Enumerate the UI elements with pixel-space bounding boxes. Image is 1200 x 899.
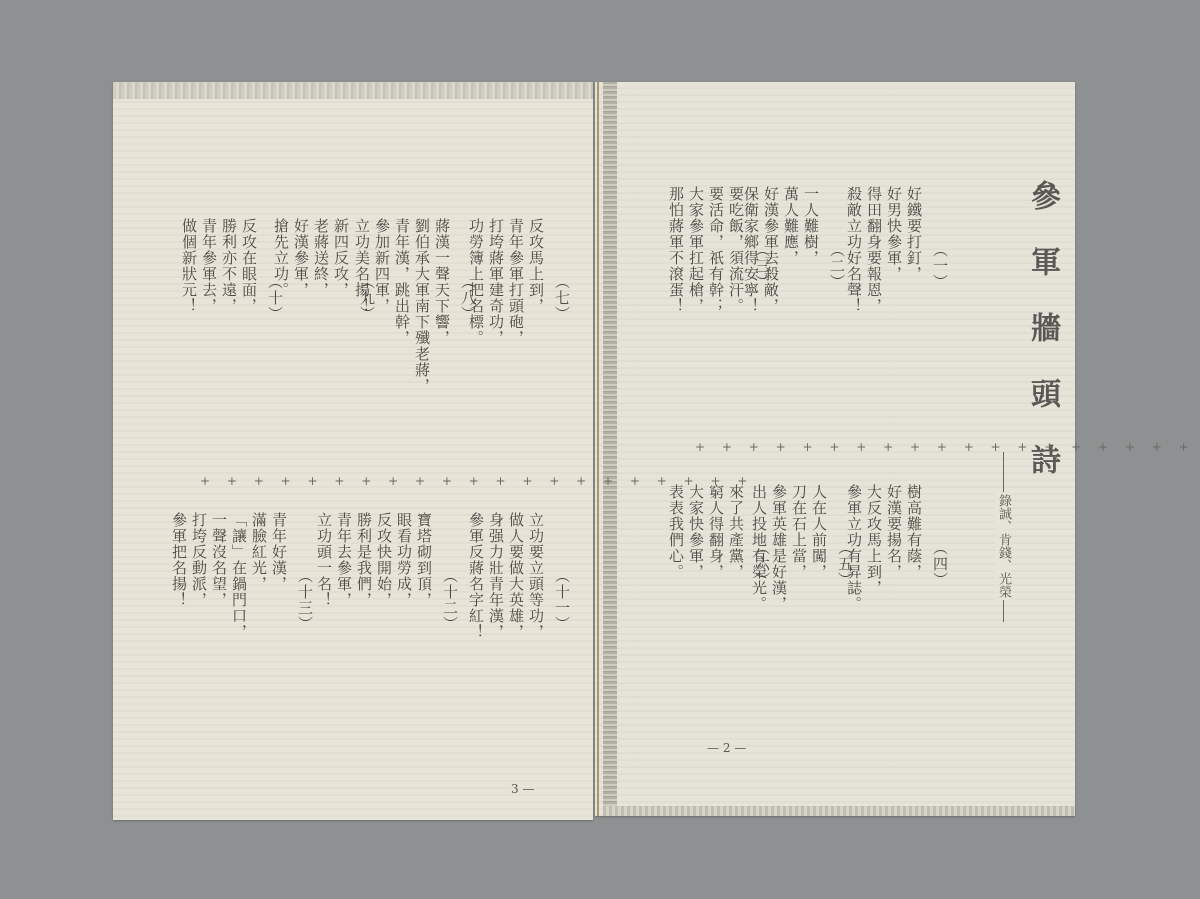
poem-title: 參軍牆頭詩	[1020, 180, 1064, 510]
verse-line: 刀在石上當，	[789, 484, 809, 612]
verse-line: 人在人前闖，	[809, 484, 829, 612]
verse-line: 眼看功勞成，	[394, 512, 414, 632]
verse-number: （八）	[458, 274, 478, 394]
verse-line: 好漢要揚名，	[884, 484, 904, 612]
verse-line: 參軍把名揚！	[169, 512, 189, 640]
verse-1: （一） 好鐵要打釘， 好男快參軍， 得田翻身要報恩， 殺敵立功好名聲！	[844, 186, 950, 314]
left-page	[113, 82, 593, 820]
verse-line: 參軍反蔣名字紅！	[466, 512, 486, 640]
page-number-2: — 2 —	[707, 741, 746, 755]
verse-line: 身强力壯青年漢，	[486, 512, 506, 640]
verse-9: （九） 新四反攻， 老蔣送終， 好漢參軍， 搶先立功。	[271, 218, 377, 322]
verse-line: 萬人難應，	[781, 186, 801, 314]
verse-line: 青年參軍去，	[199, 218, 219, 322]
verse-number: （一）	[930, 242, 950, 314]
verse-line: 新四反攻，	[331, 218, 351, 322]
verse-number: （七）	[552, 274, 572, 346]
verse-7: （七） 反攻馬上到， 青年參軍打頭砲， 打垮蔣軍建奇功， 功勞簿上把名標。	[466, 218, 572, 346]
verse-line: 要活命，祇有幹；	[706, 186, 726, 314]
verse-line: 來了共產黨，	[726, 484, 746, 588]
verse-line: 一人難樹，	[801, 186, 821, 314]
byline: 錄誠、肯錢、光榮	[990, 452, 1020, 622]
verse-number: （十一）	[552, 568, 572, 640]
verse-line: 好漢參軍，	[291, 218, 311, 322]
verse-number: （十三）	[295, 568, 315, 640]
verse-number: （三）	[752, 242, 772, 314]
verse-10: （十） 反攻在眼面， 勝利亦不遠， 青年參軍去， 做個新狀元！	[179, 218, 285, 322]
verse-line: 做人要做大英雄，	[506, 512, 526, 640]
verse-number: （九）	[357, 274, 377, 322]
verse-4: （四） 樹高難有蔭， 好漢要揚名， 大反攻馬上到， 參軍立功有昇誌。	[844, 484, 950, 612]
verse-12: （十二） 寶塔砌到頂， 眼看功勞成， 反攻快開始， 勝利是我們， 青年去參軍， …	[314, 512, 460, 632]
verse-number: （十）	[265, 274, 285, 322]
verse-line: 老蔣送終，	[311, 218, 331, 322]
verse-line: 勝利亦不遠，	[219, 218, 239, 322]
verse-line: 好男快參軍，	[884, 186, 904, 314]
gutter-line	[597, 82, 599, 816]
verse-number: （十二）	[440, 568, 460, 632]
verse-line: 青年好漢，	[269, 512, 289, 640]
verse-line: 要吃飯，須流汗。	[726, 186, 746, 314]
verse-line: 青年去參軍，	[334, 512, 354, 632]
verse-line: 大家快參軍，	[686, 484, 706, 588]
page-number-3: 3 —	[511, 782, 534, 796]
byline-text: 錄誠、肯錢、光榮	[995, 492, 1011, 600]
verse-line: 好鐵要打釘，	[904, 186, 924, 314]
verse-line: 蔣漢一聲天下響，	[432, 218, 452, 394]
verse-line: 那怕蔣軍不滾蛋！	[666, 186, 686, 314]
verse-line: 得田翻身要報恩，	[864, 186, 884, 314]
verse-line: 樹高難有蔭，	[904, 484, 924, 612]
verse-number: （五）	[835, 540, 855, 612]
verse-line: 寶塔砌到頂，	[414, 512, 434, 632]
verse-3: （三） 要吃飯，須流汗。 要活命，祇有幹； 大家參軍扛起槍， 那怕蔣軍不滾蛋！	[666, 186, 772, 314]
verse-line: 勝利是我們，	[354, 512, 374, 632]
verse-line: 一聲沒名望，	[209, 512, 229, 640]
verse-line: 立功頭一名！	[314, 512, 334, 632]
verse-13: （十三） 青年好漢， 滿臉紅光， 「讓」在鍋門口， 一聲沒名望， 打垮反動派， …	[169, 512, 315, 640]
bottom-scan-band	[603, 806, 1075, 816]
ornamental-divider: + + + + + + + + + + + + + + + + + + + + …	[695, 440, 1200, 454]
spine-scan-band	[603, 82, 617, 816]
verse-line: 青年漢，跳出幹，	[392, 218, 412, 394]
scan-artifact-band	[113, 82, 593, 99]
verse-line: 反攻馬上到，	[526, 218, 546, 346]
verse-line: 殺敵立功好名聲！	[844, 186, 864, 314]
ornamental-divider: + + + + + + + + + + + + + + + + + + + + …	[200, 474, 754, 488]
verse-line: 劉伯承大軍南下殲老蔣，	[412, 218, 432, 394]
verse-line: 反攻在眼面，	[239, 218, 259, 322]
verse-line: 打垮蔣軍建奇功，	[486, 218, 506, 346]
verse-6: （六） 來了共產黨， 窮人得翻身， 大家快參軍， 表表我們心。	[666, 484, 772, 588]
verse-line: 「讓」在鍋門口，	[229, 512, 249, 640]
verse-line: 青年參軍打頭砲，	[506, 218, 526, 346]
verse-line: 立功要立頭等功，	[526, 512, 546, 640]
verse-number: （四）	[930, 540, 950, 612]
verse-line: 參軍英雄是好漢，	[769, 484, 789, 612]
verse-line: 表表我們心。	[666, 484, 686, 588]
verse-number: （二）	[827, 242, 847, 314]
verse-line: 做個新狀元！	[179, 218, 199, 322]
verse-line: 大反攻馬上到，	[864, 484, 884, 612]
verse-number: （六）	[752, 540, 772, 588]
verse-line: 窮人得翻身，	[706, 484, 726, 588]
verse-11: （十一） 立功要立頭等功， 做人要做大英雄， 身强力壯青年漢， 參軍反蔣名字紅！	[466, 512, 572, 640]
verse-line: 滿臉紅光，	[249, 512, 269, 640]
verse-line: 反攻快開始，	[374, 512, 394, 632]
verse-line: 打垮反動派，	[189, 512, 209, 640]
verse-line: 大家參軍扛起槍，	[686, 186, 706, 314]
